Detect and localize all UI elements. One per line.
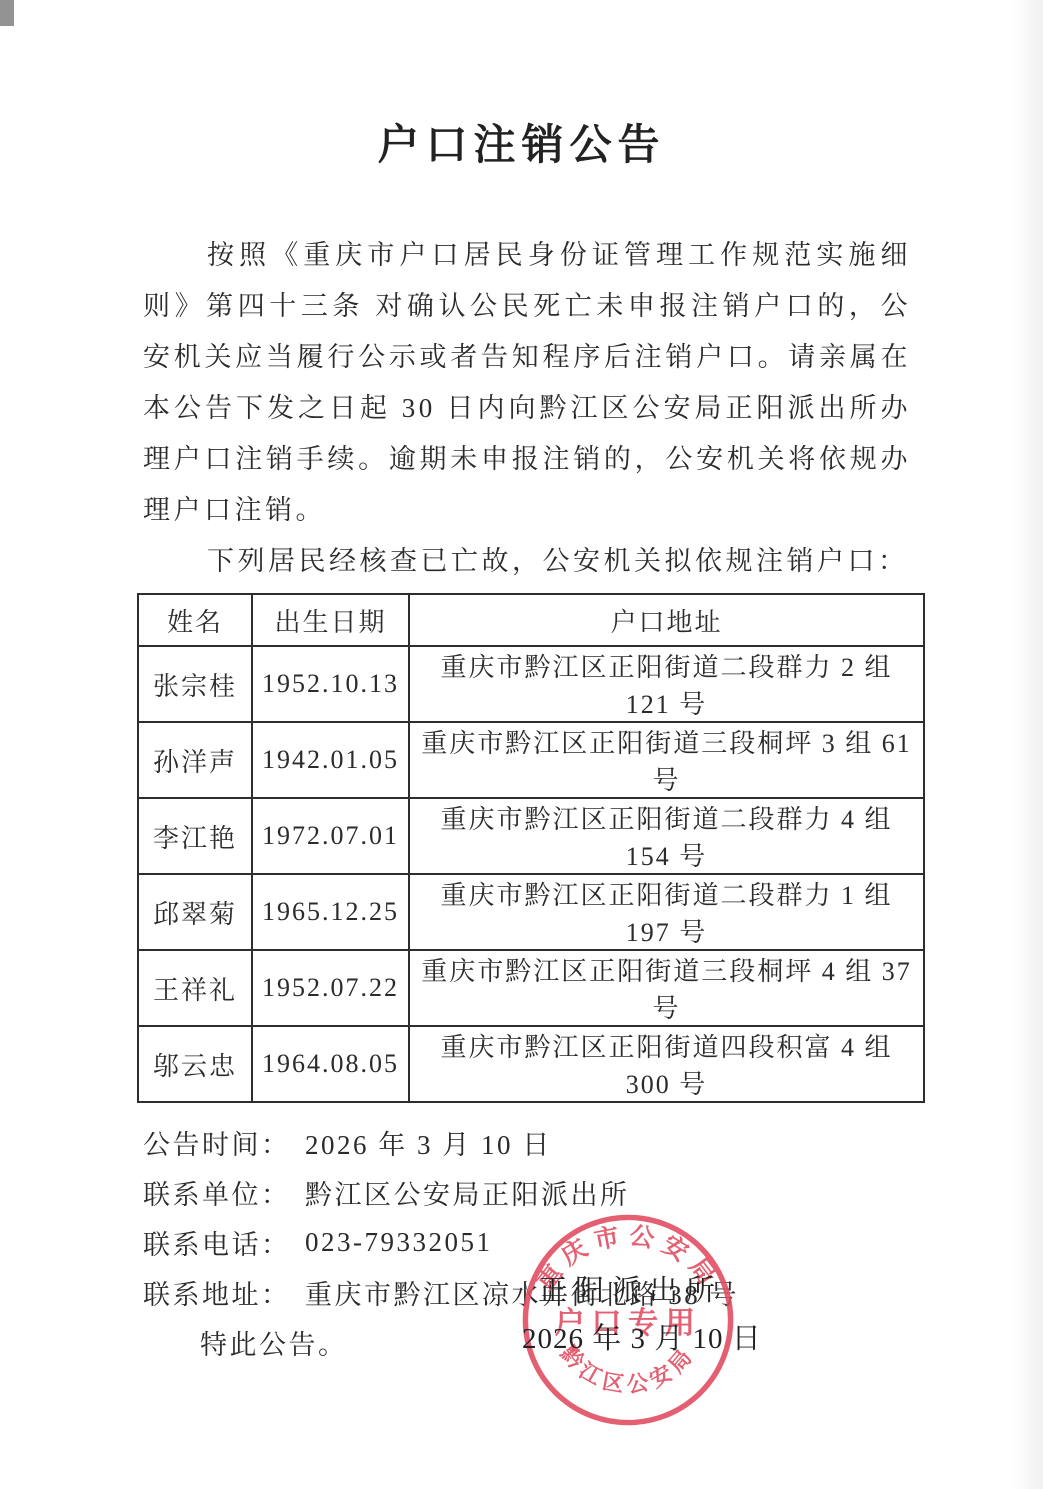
birthdate-cell: 1964.08.05 — [252, 1026, 409, 1102]
residents-table-body: 张宗桂1952.10.13重庆市黔江区正阳街道二段群力 2 组 121 号孙洋声… — [138, 646, 924, 1102]
table-row: 邬云忠1964.08.05重庆市黔江区正阳街道四段积富 4 组 300 号 — [138, 1026, 924, 1102]
header-birthdate: 出生日期 — [252, 594, 409, 646]
document-page: 户口注销公告 按照《重庆市户口居民身份证管理工作规范实施细则》第四十三条 对确认… — [0, 0, 1043, 1489]
birthdate-cell: 1942.01.05 — [252, 722, 409, 798]
name-cell: 孙洋声 — [138, 722, 252, 798]
name-cell: 王祥礼 — [138, 950, 252, 1026]
address-cell: 重庆市黔江区正阳街道三段桐坪 3 组 61 号 — [409, 722, 924, 798]
contact-phone-value: 023-79332051 — [305, 1227, 493, 1258]
notice-date-label: 公告时间： — [143, 1123, 305, 1162]
table-row: 李江艳1972.07.01重庆市黔江区正阳街道二段群力 4 组 154 号 — [138, 798, 924, 874]
address-cell: 重庆市黔江区正阳街道二段群力 1 组 197 号 — [409, 874, 924, 950]
contact-phone-label: 联系电话： — [143, 1223, 305, 1262]
birthdate-cell: 1972.07.01 — [252, 798, 409, 874]
address-cell: 重庆市黔江区正阳街道四段积富 4 组 300 号 — [409, 1026, 924, 1102]
address-cell: 重庆市黔江区正阳街道二段群力 2 组 121 号 — [409, 646, 924, 722]
notice-date-line: 公告时间： 2026 年 3 月 10 日 — [143, 1117, 1043, 1167]
notice-paragraph-1: 按照《重庆市户口居民身份证管理工作规范实施细则》第四十三条 对确认公民死亡未申报… — [143, 230, 911, 536]
table-row: 王祥礼1952.07.22重庆市黔江区正阳街道三段桐坪 4 组 37 号 — [138, 950, 924, 1026]
address-cell: 重庆市黔江区正阳街道二段群力 4 组 154 号 — [409, 798, 924, 874]
seal-station-name: 正阳派出所 — [538, 1268, 723, 1309]
name-cell: 邬云忠 — [138, 1026, 252, 1102]
notice-date-value: 2026 年 3 月 10 日 — [305, 1123, 552, 1162]
contact-unit-value: 黔江区公安局正阳派出所 — [305, 1173, 630, 1212]
address-cell: 重庆市黔江区正阳街道三段桐坪 4 组 37 号 — [409, 950, 924, 1026]
seal-date: 2026 年 3 月 10 日 — [522, 1316, 762, 1357]
residents-table: 姓名 出生日期 户口地址 张宗桂1952.10.13重庆市黔江区正阳街道二段群力… — [137, 593, 925, 1103]
birthdate-cell: 1952.10.13 — [252, 646, 409, 722]
name-cell: 邱翠菊 — [138, 874, 252, 950]
notice-paragraph-2: 下列居民经核查已亡故，公安机关拟依规注销户口： — [143, 536, 911, 587]
notice-body: 按照《重庆市户口居民身份证管理工作规范实施细则》第四十三条 对确认公民死亡未申报… — [143, 230, 911, 587]
header-address: 户口地址 — [409, 594, 924, 646]
page-title: 户口注销公告 — [0, 0, 1043, 172]
contact-unit-label: 联系单位： — [143, 1173, 305, 1212]
contact-address-label: 联系地址： — [143, 1273, 305, 1312]
residents-table-header: 姓名 出生日期 户口地址 — [138, 594, 924, 646]
table-row: 孙洋声1942.01.05重庆市黔江区正阳街道三段桐坪 3 组 61 号 — [138, 722, 924, 798]
table-row: 邱翠菊1965.12.25重庆市黔江区正阳街道二段群力 1 组 197 号 — [138, 874, 924, 950]
birthdate-cell: 1965.12.25 — [252, 874, 409, 950]
header-row: 姓名 出生日期 户口地址 — [138, 594, 924, 646]
name-cell: 张宗桂 — [138, 646, 252, 722]
table-row: 张宗桂1952.10.13重庆市黔江区正阳街道二段群力 2 组 121 号 — [138, 646, 924, 722]
birthdate-cell: 1952.07.22 — [252, 950, 409, 1026]
name-cell: 李江艳 — [138, 798, 252, 874]
contact-unit-line: 联系单位： 黔江区公安局正阳派出所 — [143, 1167, 1043, 1217]
scan-corner-artifact — [0, 0, 14, 26]
header-name: 姓名 — [138, 594, 252, 646]
